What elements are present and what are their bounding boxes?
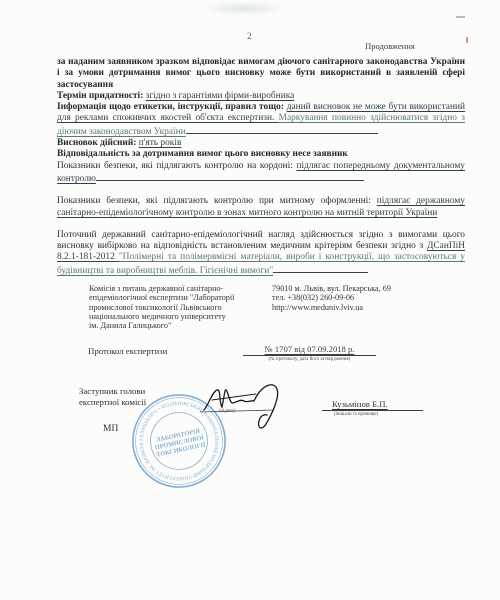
text-segment: Показники безпеки, які підлягають контро… — [57, 161, 296, 171]
phone-line: тел. +38(032) 260-09-06 — [272, 293, 442, 302]
scan-artifact — [456, 16, 465, 18]
signatory-name-block: Кузьмінов Б.П. (ініціали та прізвище) — [322, 399, 423, 417]
text-segment: "Полімерні та полімервмісні матеріали, в… — [57, 252, 465, 275]
blank-rule — [273, 264, 368, 273]
text-segment: згідно з гарантіями фірми-виробника — [146, 91, 295, 101]
text-segment: Інформація щодо етикетки, інструкції, пр… — [57, 102, 287, 112]
text-segment: п'ять років — [139, 138, 182, 148]
handwritten-signature — [196, 376, 311, 434]
protocol-caption: (№ протоколу, дата його затвердження) — [243, 357, 376, 362]
commission-name-line: промислової токсикології Львівського — [89, 303, 264, 312]
text-segment: Відповідальність за дотримання вимог цьо… — [57, 149, 348, 159]
signatory-name-caption: (ініціали та прізвище) — [322, 412, 423, 417]
document-page: 2 Продовження за наданим заявником зразк… — [0, 0, 500, 600]
text-segment: Поточний державний санітарно-епідеміолог… — [57, 230, 465, 251]
text-segment: за наданим заявником зразком відповідає … — [57, 57, 465, 90]
paragraph: Інформація щодо етикетки, інструкції, пр… — [57, 102, 465, 138]
document-body: за наданим заявником зразком відповідає … — [57, 57, 465, 277]
paragraph: за наданим заявником зразком відповідає … — [57, 57, 465, 91]
paragraph: Показники безпеки, які підлягають контро… — [57, 196, 465, 219]
protocol-label: Протокол експертизи — [88, 346, 167, 356]
paragraph: Термін придатності: згідно з гарантіями … — [57, 91, 465, 102]
text-segment: Висновок дійсний: — [57, 138, 139, 148]
commission-name-block: Комісія з питань державної санітарно- еп… — [89, 284, 264, 330]
paragraph: Висновок дійсний: п'ять років — [57, 138, 465, 149]
commission-address-block: 79010 м. Львів, вул. Пекарська, 69 тел. … — [272, 284, 442, 312]
commission-name-line: Комісія з питань державної санітарно- — [89, 284, 264, 293]
paragraph: Відповідальність за дотримання вимог цьо… — [57, 149, 465, 160]
website-line: http://www.meduniv.lviv.ua — [272, 303, 442, 312]
continuation-label: Продовження — [365, 41, 425, 51]
signatory-name: Кузьмінов Б.П. — [322, 399, 423, 411]
commission-name-line: ім. Данила Галицького" — [89, 321, 264, 330]
scan-smudge — [203, 2, 285, 15]
page-number: 2 — [247, 32, 252, 42]
blank-rule — [186, 125, 378, 134]
paragraph: Показники безпеки, які підлягають контро… — [57, 161, 465, 186]
signature-caption: (підпис) — [219, 409, 235, 414]
paragraph: Поточний державний санітарно-епідеміолог… — [57, 230, 465, 277]
blank-rule — [96, 172, 364, 181]
commission-name-line: епідеміологічної експертизи "Лабораторії — [89, 293, 264, 302]
seal-place-label: МП — [103, 424, 118, 434]
text-segment: Термін придатності: — [57, 91, 146, 101]
signatory-role-line: Заступник голови — [79, 386, 146, 397]
text-segment: Показники безпеки, які підлягають контро… — [57, 196, 377, 206]
commission-name-line: національного медичного університету — [89, 312, 264, 321]
scan-artifact — [466, 37, 468, 43]
protocol-value-block: № 1707 від 07.09.2018 р. (№ протоколу, д… — [243, 344, 376, 362]
protocol-number: № 1707 від 07.09.2018 р. — [243, 344, 376, 356]
address-line: 79010 м. Львів, вул. Пекарська, 69 — [272, 284, 442, 293]
